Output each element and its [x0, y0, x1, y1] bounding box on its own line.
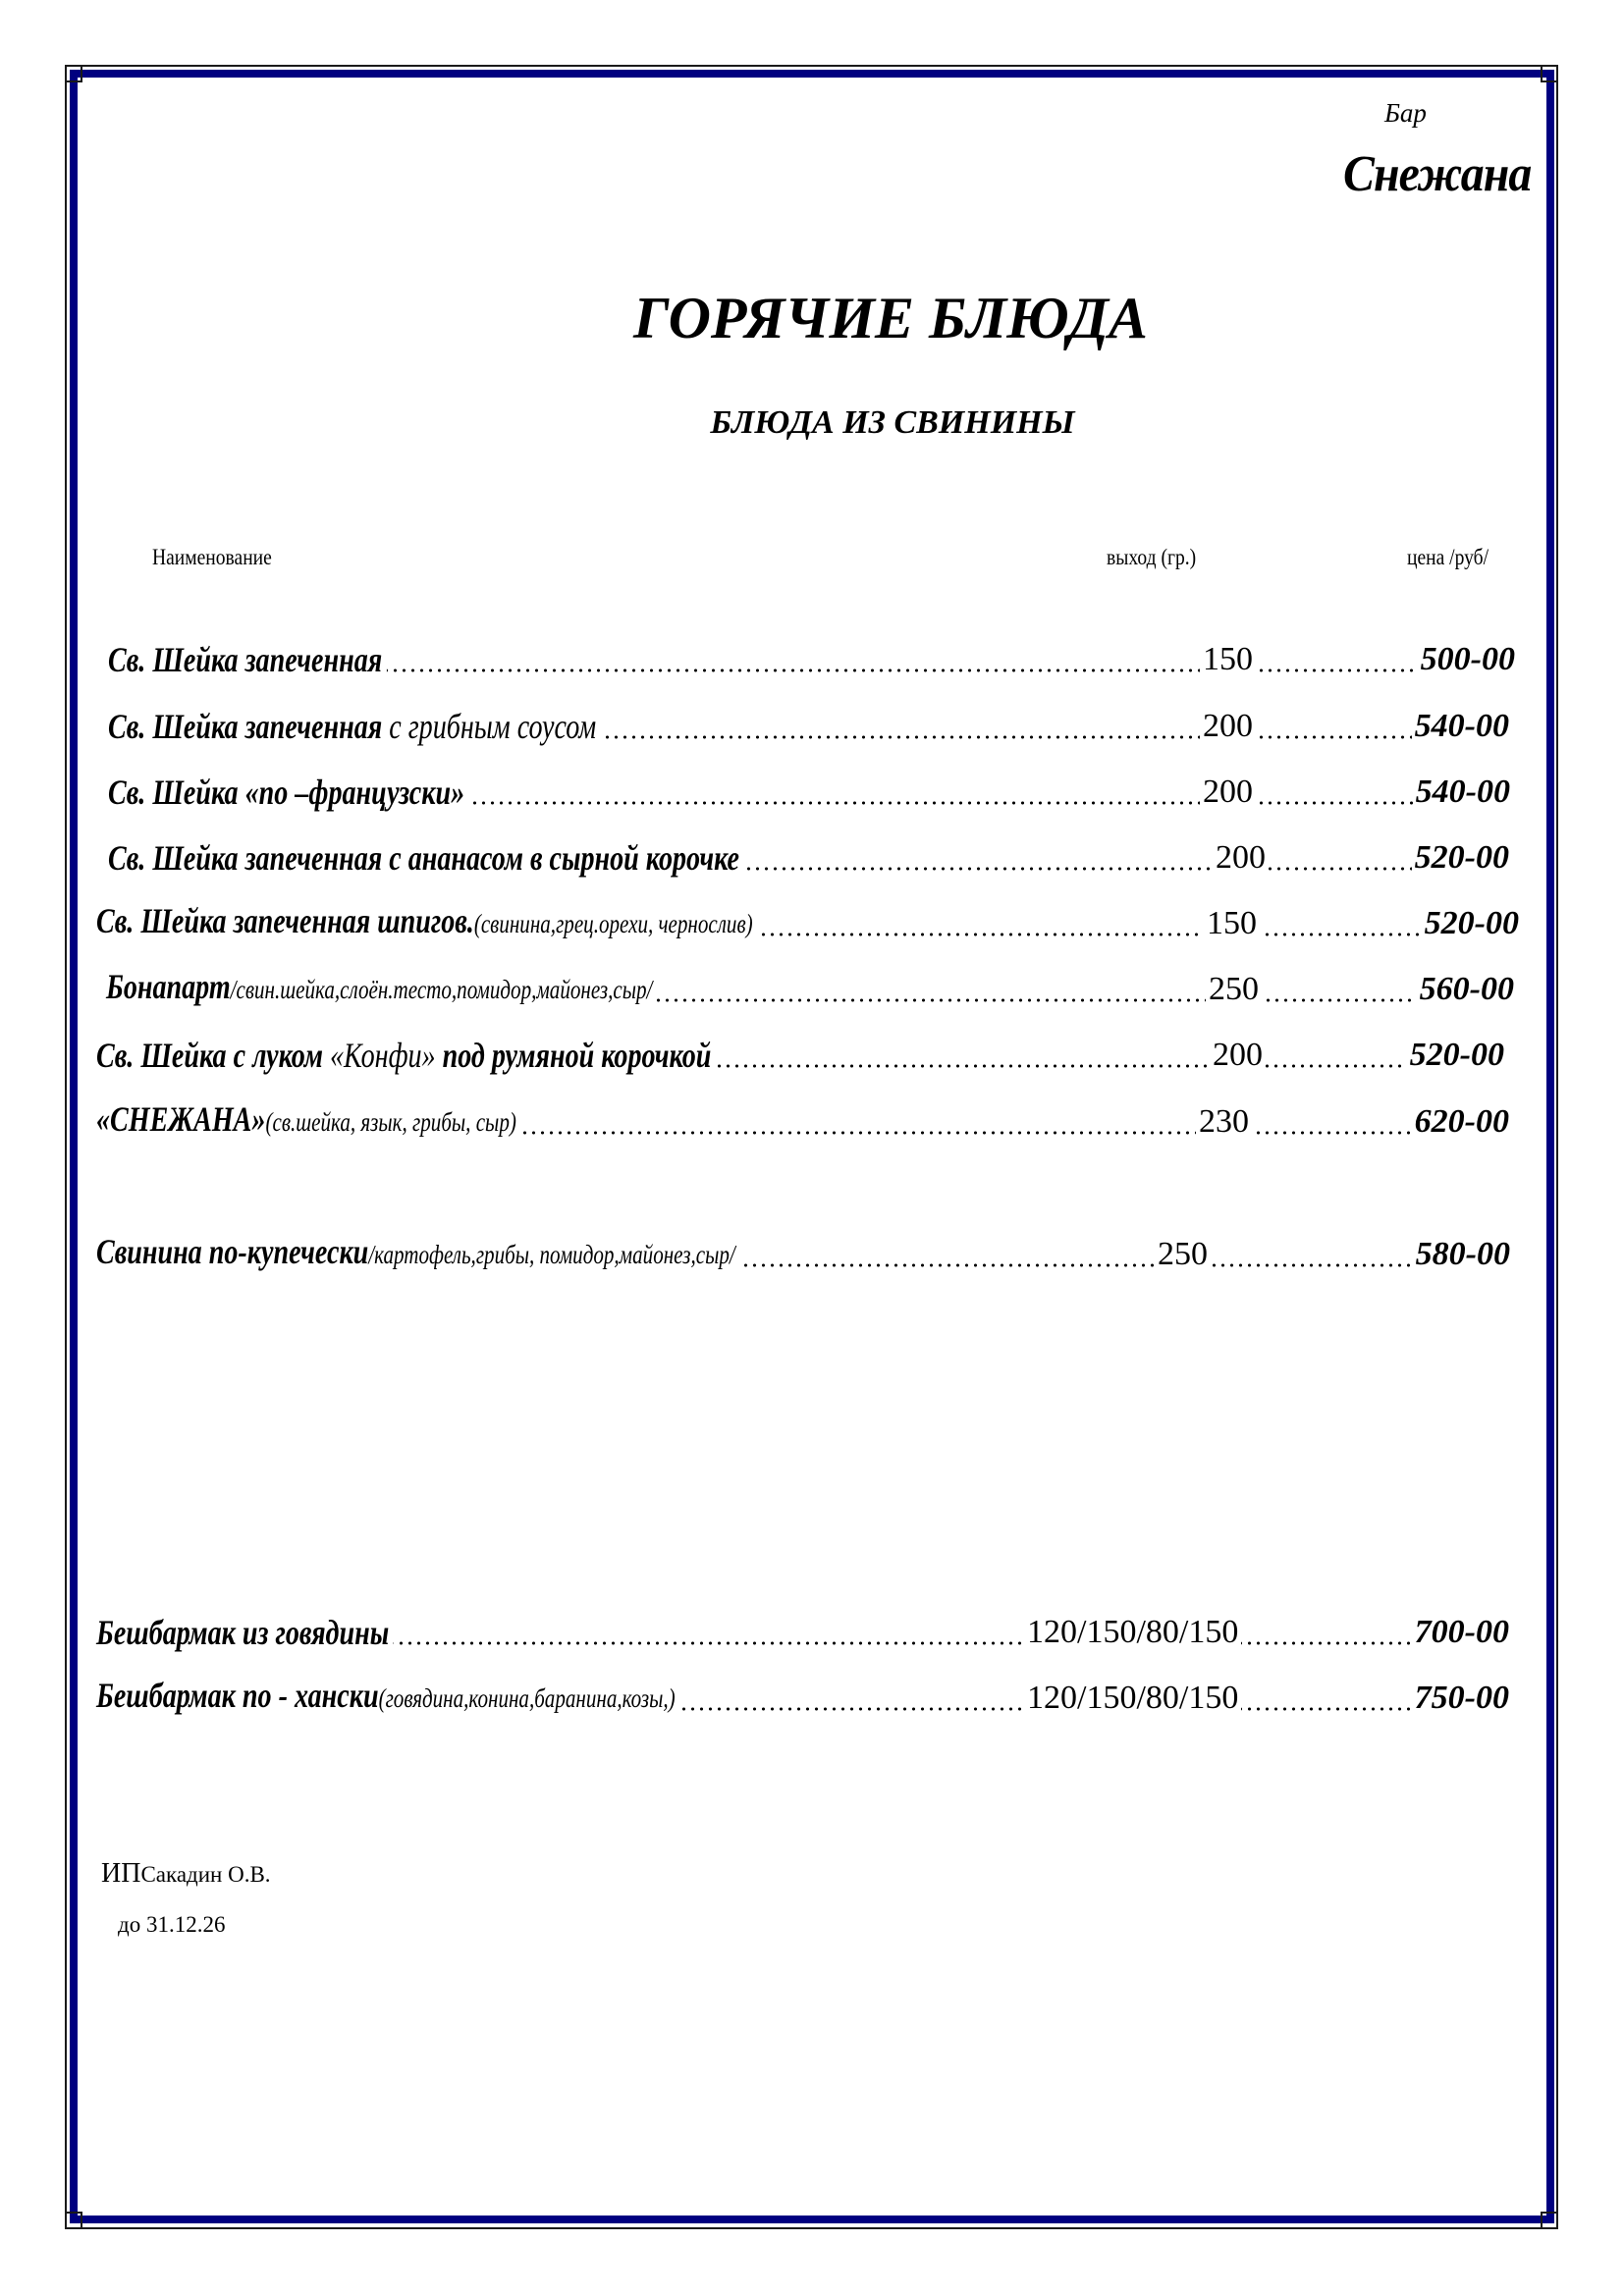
menu-item-price: 520-00: [1422, 902, 1519, 945]
menu-item-weight: 200: [1200, 771, 1256, 814]
menu-item: Св. Шейка «по –французски»200540-00: [108, 771, 1510, 814]
menu-item-title: Свинина по-купечески: [96, 1232, 368, 1271]
menu-item-title: «СНЕЖАНА»: [96, 1099, 265, 1139]
page-title-text: ГОРЯЧИЕ БЛЮДА: [633, 285, 1148, 352]
frame-corner-ornament: [1541, 65, 1558, 82]
frame-corner-ornament: [65, 2212, 82, 2229]
menu-item-price: 540-00: [1413, 771, 1510, 814]
menu-item-name: Св. Шейка запеченная: [108, 638, 387, 681]
menu-item-weight: 250: [1155, 1233, 1211, 1276]
menu-item-price: 560-00: [1417, 968, 1514, 1011]
menu-item-weight: 150: [1204, 902, 1260, 945]
menu-item-description: с грибным соусом: [389, 707, 596, 746]
menu-item-weight: 120/150/80/150: [1024, 1677, 1241, 1720]
menu-item: Бонапарт/свин.шейка,слоён.тесто,помидор,…: [106, 968, 1514, 1011]
menu-item-price: 500-00: [1418, 638, 1515, 681]
menu-item: «СНЕЖАНА»(св.шейка, язык, грибы, сыр)230…: [96, 1100, 1509, 1144]
menu-item-price: 700-00: [1412, 1611, 1509, 1654]
menu-item-price: 540-00: [1412, 705, 1509, 748]
menu-item-title: Св. Шейка запеченная с ананасом в сырной…: [108, 838, 739, 878]
menu-item-weight: 200: [1200, 705, 1256, 748]
column-header-price: цена /руб/: [1407, 545, 1489, 570]
section-subtitle-text: БЛЮДА ИЗ СВИНИНЫ: [710, 404, 1074, 442]
menu-item: Св. Шейка запеченная150500-00: [108, 638, 1515, 681]
owner-prefix: ИП: [101, 1858, 140, 1889]
menu-item-name-part: Св. Шейка с луком: [96, 1036, 330, 1075]
menu-item-description: (св.шейка, язык, грибы, сыр): [265, 1107, 515, 1137]
menu-item-name: Св. Шейка с луком «Конфи» под румяной ко…: [96, 1034, 716, 1077]
menu-item-price: 520-00: [1412, 836, 1509, 880]
column-header-weight: выход (гр.): [1107, 545, 1196, 570]
menu-item-name-part: под румяной корочкой: [436, 1036, 712, 1075]
section-subtitle: БЛЮДА ИЗ СВИНИНЫ: [0, 404, 1624, 442]
menu-item-title: Бешбармак из говядины: [96, 1613, 389, 1652]
owner-name: Сакадин О.В.: [140, 1862, 270, 1887]
menu-item-title: Св. Шейка «по –французски»: [108, 773, 464, 812]
menu-item: Бешбармак по - хански(говядина,конина,ба…: [96, 1677, 1509, 1720]
menu-item-description: /картофель,грибы, помидор,майонез,сыр/: [368, 1240, 734, 1269]
menu-item-price: 580-00: [1413, 1233, 1510, 1276]
menu-item-title: Св. Шейка запеченная шпигов.: [96, 901, 474, 940]
menu-item-name: Бонапарт/свин.шейка,слоён.тесто,помидор,…: [106, 965, 657, 1011]
menu-item-name: Бешбармак по - хански(говядина,конина,ба…: [96, 1674, 679, 1720]
menu-item: Св. Шейка с луком «Конфи» под румяной ко…: [96, 1034, 1504, 1077]
menu-item-price: 620-00: [1412, 1100, 1509, 1144]
menu-item-weight: 250: [1206, 968, 1262, 1011]
menu-item: Бешбармак из говядины120/150/80/150700-0…: [96, 1611, 1509, 1654]
owner-info: ИПСакадин О.В.: [101, 1858, 271, 1890]
venue-name: Снежана: [1343, 145, 1531, 203]
menu-item-name: Бешбармак из говядины: [96, 1611, 394, 1654]
valid-until: до 31.12.26: [118, 1912, 225, 1938]
menu-item-name: Св. Шейка запеченная с ананасом в сырной…: [108, 836, 744, 880]
menu-item: Св. Шейка запеченная с грибным соусом200…: [108, 705, 1509, 748]
menu-item: Свинина по-купечески/картофель,грибы, по…: [96, 1233, 1510, 1276]
menu-item-name: Св. Шейка «по –французски»: [108, 771, 469, 814]
menu-item-weight: 120/150/80/150: [1024, 1611, 1241, 1654]
menu-item-name: Св. Шейка запеченная с грибным соусом: [108, 705, 601, 748]
venue-type: Бар: [1384, 98, 1427, 129]
menu-item-title: Бонапарт: [106, 967, 231, 1006]
menu-item-name-part: «Конфи»: [330, 1036, 436, 1075]
menu-item-name: «СНЕЖАНА»(св.шейка, язык, грибы, сыр): [96, 1097, 521, 1144]
menu-item-title: Бешбармак по - хански: [96, 1676, 379, 1715]
menu-item-description: (свинина,грец.орехи, чернослив): [474, 909, 753, 938]
menu-item-weight: 200: [1210, 1034, 1266, 1077]
menu-item: Св. Шейка запеченная с ананасом в сырной…: [108, 836, 1509, 880]
page-frame-border: [70, 70, 1554, 2223]
menu-item-name: Свинина по-купечески/картофель,грибы, по…: [96, 1230, 739, 1276]
menu-item-weight: 200: [1213, 836, 1269, 880]
column-header-name: Наименование: [152, 545, 272, 570]
menu-item-weight: 230: [1196, 1100, 1252, 1144]
menu-item-name: Св. Шейка запеченная шпигов.(свинина,гре…: [96, 899, 757, 945]
menu-item-title: Св. Шейка запеченная: [108, 707, 382, 746]
menu-item-description: /свин.шейка,слоён.тесто,помидор,майонез,…: [231, 975, 653, 1004]
menu-item-title: Св. Шейка запеченная: [108, 640, 382, 679]
menu-item-weight: 150: [1200, 638, 1256, 681]
menu-item-price: 750-00: [1412, 1677, 1509, 1720]
frame-corner-ornament: [65, 65, 82, 82]
frame-corner-ornament: [1541, 2212, 1558, 2229]
menu-item: Св. Шейка запеченная шпигов.(свинина,гре…: [96, 902, 1519, 945]
page-title: ГОРЯЧИЕ БЛЮДА: [0, 285, 1624, 352]
menu-item-description: (говядина,конина,баранина,козы,): [379, 1683, 676, 1713]
menu-item-price: 520-00: [1407, 1034, 1504, 1077]
